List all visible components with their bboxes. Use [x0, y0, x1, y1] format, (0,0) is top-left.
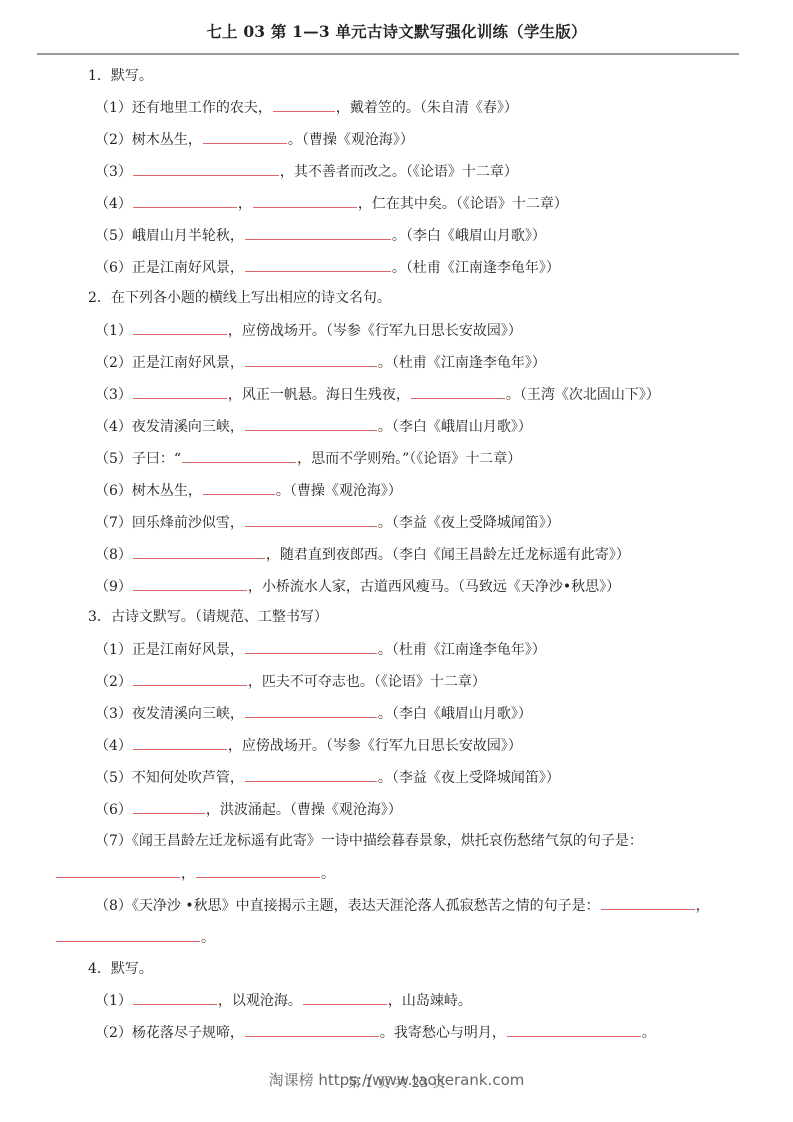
header-divider — [37, 53, 739, 55]
answer-blank[interactable] — [133, 576, 247, 591]
worksheet-line: （9），小桥流水人家，古道西风瘦马。（马致远《天净沙•秋思》） — [95, 576, 620, 597]
worksheet-line: （6）树木丛生，。（曹操《观沧海》） — [95, 480, 402, 501]
answer-blank[interactable] — [245, 352, 377, 367]
worksheet-line: 。 — [55, 927, 215, 948]
line-text: （8）《天净沙 •秋思》中直接揭示主题，表达天涯沦落人孤寂愁苦之情的句子是： — [95, 898, 600, 914]
worksheet-line: ，。 — [55, 863, 335, 884]
answer-blank[interactable] — [411, 384, 505, 399]
line-text: 。（李白《峨眉山月歌》） — [392, 228, 546, 244]
line-text: 。 — [642, 1025, 656, 1041]
line-text: ，小桥流水人家，古道西风瘦马。（马致远《天净沙•秋思》） — [248, 579, 620, 595]
line-text: 。（李益《夜上受降城闻笛》） — [378, 770, 560, 786]
line-text: （4）夜发清溪向三峡， — [95, 419, 244, 435]
line-text: （5）不知何处吹芦管， — [95, 770, 244, 786]
worksheet-line: （4），，仁在其中矣。（《论语》十二章） — [95, 193, 568, 214]
answer-blank[interactable] — [245, 257, 391, 272]
worksheet-line: （7）《闻王昌龄左迁龙标遥有此寄》一诗中描绘暮春景象，烘托哀伤愁绪气氛的句子是： — [95, 831, 643, 851]
line-text: 1．默写。 — [88, 68, 153, 84]
worksheet-line: （1），以观沧海。，山岛竦峙。 — [95, 990, 472, 1011]
line-text: （1） — [95, 323, 132, 339]
line-text: 。（杜甫《江南逢李龟年》） — [392, 260, 560, 276]
line-text: （6）正是江南好风景， — [95, 260, 244, 276]
worksheet-line: （2）杨花落尽子规啼，。我寄愁心与明月，。 — [95, 1022, 656, 1043]
answer-blank[interactable] — [245, 767, 377, 782]
line-text: 。（曹操《观沧海》） — [288, 132, 414, 148]
answer-blank[interactable] — [182, 448, 296, 463]
line-text: （5）子曰：“ — [95, 451, 181, 467]
line-text: 。（李白《峨眉山月歌》） — [378, 706, 532, 722]
watermark-link[interactable]: 淘课榜 https://www.taokerank.com — [0, 1069, 793, 1090]
answer-blank[interactable] — [133, 320, 227, 335]
line-text: （2）杨花落尽子规啼， — [95, 1025, 244, 1041]
line-text: （6） — [95, 802, 132, 818]
line-text: ， — [696, 898, 710, 914]
worksheet-line: 4．默写。 — [88, 959, 153, 979]
line-text: ， — [238, 196, 252, 212]
worksheet-line: （4）夜发清溪向三峡，。（李白《峨眉山月歌》） — [95, 416, 532, 437]
answer-blank[interactable] — [245, 703, 377, 718]
line-text: （7）《闻王昌龄左迁龙标遥有此寄》一诗中描绘暮春景象，烘托哀伤愁绪气氛的句子是： — [95, 833, 643, 849]
worksheet-line: （7）回乐烽前沙似雪，。（李益《夜上受降城闻笛》） — [95, 512, 560, 533]
answer-blank[interactable] — [133, 193, 237, 208]
answer-blank[interactable] — [56, 927, 200, 942]
answer-blank[interactable] — [245, 416, 377, 431]
answer-blank[interactable] — [245, 1022, 379, 1037]
worksheet-line: （1），应傍战场开。（岑参《行军九日思长安故园》） — [95, 320, 522, 341]
worksheet-line: （5）不知何处吹芦管，。（李益《夜上受降城闻笛》） — [95, 767, 560, 788]
line-text: 。 — [321, 866, 335, 882]
answer-blank[interactable] — [133, 544, 265, 559]
worksheet-line: （3），风正一帆悬。海日生残夜，。（王湾《次北固山下》） — [95, 384, 660, 405]
line-text: ，以观沧海。 — [218, 993, 302, 1009]
line-text: ，应傍战场开。（岑参《行军九日思长安故园》） — [228, 323, 522, 339]
line-text: （1）还有地里工作的农夫， — [95, 100, 272, 116]
worksheet-line: （3）夜发清溪向三峡，。（李白《峨眉山月歌》） — [95, 703, 532, 724]
answer-blank[interactable] — [273, 97, 335, 112]
worksheet-line: （4），应傍战场开。（岑参《行军九日思长安故园》） — [95, 735, 522, 756]
line-text: ，思而不学则殆。”（《论语》十二章） — [297, 451, 521, 467]
line-text: 3．古诗文默写。（请规范、工整书写） — [88, 609, 328, 625]
worksheet-line: （2）树木丛生，。（曹操《观沧海》） — [95, 129, 414, 150]
line-text: ， — [181, 866, 195, 882]
answer-blank[interactable] — [196, 863, 320, 878]
line-text: 。（杜甫《江南逢李龟年》） — [378, 355, 546, 371]
line-text: 2．在下列各小题的横线上写出相应的诗文名句。 — [88, 290, 391, 306]
line-text: 。（王湾《次北固山下》） — [506, 387, 660, 403]
answer-blank[interactable] — [56, 863, 180, 878]
answer-blank[interactable] — [133, 161, 279, 176]
worksheet-line: （8）《天净沙 •秋思》中直接揭示主题，表达天涯沦落人孤寂愁苦之情的句子是：， — [95, 895, 710, 916]
line-text: ，山岛竦峙。 — [388, 993, 472, 1009]
answer-blank[interactable] — [133, 671, 247, 686]
answer-blank[interactable] — [245, 639, 377, 654]
line-text: （8） — [95, 547, 132, 563]
line-text: （7）回乐烽前沙似雪， — [95, 515, 244, 531]
answer-blank[interactable] — [303, 990, 387, 1005]
line-text: ，其不善者而改之。（《论语》十二章） — [280, 164, 518, 180]
line-text: （9） — [95, 579, 132, 595]
worksheet-line: （5）子曰：“，思而不学则殆。”（《论语》十二章） — [95, 448, 521, 469]
line-text: （1）正是江南好风景， — [95, 642, 244, 658]
line-text: 。 — [201, 930, 215, 946]
worksheet-line: 3．古诗文默写。（请规范、工整书写） — [88, 607, 328, 627]
answer-blank[interactable] — [133, 384, 227, 399]
worksheet-line: 2．在下列各小题的横线上写出相应的诗文名句。 — [88, 288, 391, 308]
line-text: 。（李益《夜上受降城闻笛》） — [378, 515, 560, 531]
worksheet-line: 1．默写。 — [88, 66, 153, 86]
worksheet-line: （1）正是江南好风景，。（杜甫《江南逢李龟年》） — [95, 639, 546, 660]
line-text: 。（李白《峨眉山月歌》） — [378, 419, 532, 435]
line-text: （4） — [95, 196, 132, 212]
line-text: （2）树木丛生， — [95, 132, 202, 148]
answer-blank[interactable] — [133, 735, 227, 750]
line-text: ，戴着笠的。（朱自清《春》） — [336, 100, 518, 116]
page-title: 七上 03 第 1—3 单元古诗文默写强化训练（学生版） — [0, 20, 793, 42]
line-text: ，应傍战场开。（岑参《行军九日思长安故园》） — [228, 738, 522, 754]
answer-blank[interactable] — [601, 895, 695, 910]
line-text: （4） — [95, 738, 132, 754]
line-text: （3） — [95, 387, 132, 403]
worksheet-line: （2）正是江南好风景，。（杜甫《江南逢李龟年》） — [95, 352, 546, 373]
answer-blank[interactable] — [245, 225, 391, 240]
answer-blank[interactable] — [133, 799, 205, 814]
worksheet-line: （6）正是江南好风景，。（杜甫《江南逢李龟年》） — [95, 257, 560, 278]
line-text: ，洪波涌起。（曹操《观沧海》） — [206, 802, 402, 818]
worksheet-line: （8），随君直到夜郎西。（李白《闻王昌龄左迁龙标遥有此寄》） — [95, 544, 630, 565]
answer-blank[interactable] — [203, 480, 275, 495]
worksheet-line: （2），匹夫不可夺志也。（《论语》十二章） — [95, 671, 486, 692]
line-text: （3） — [95, 164, 132, 180]
line-text: （1） — [95, 993, 132, 1009]
line-text: ，随君直到夜郎西。（李白《闻王昌龄左迁龙标遥有此寄》） — [266, 547, 630, 563]
answer-blank[interactable] — [203, 129, 287, 144]
answer-blank[interactable] — [133, 990, 217, 1005]
worksheet-line: （5）峨眉山月半轮秋，。（李白《峨眉山月歌》） — [95, 225, 546, 246]
line-text: （2） — [95, 674, 132, 690]
worksheet-line: （6），洪波涌起。（曹操《观沧海》） — [95, 799, 402, 820]
worksheet-line: （3），其不善者而改之。（《论语》十二章） — [95, 161, 518, 182]
worksheet-line: （1）还有地里工作的农夫，，戴着笠的。（朱自清《春》） — [95, 97, 518, 118]
line-text: ，风正一帆悬。海日生残夜， — [228, 387, 410, 403]
line-text: （3）夜发清溪向三峡， — [95, 706, 244, 722]
line-text: （6）树木丛生， — [95, 483, 202, 499]
line-text: 4．默写。 — [88, 961, 153, 977]
answer-blank[interactable] — [507, 1022, 641, 1037]
answer-blank[interactable] — [253, 193, 357, 208]
line-text: 。（曹操《观沧海》） — [276, 483, 402, 499]
line-text: （2）正是江南好风景， — [95, 355, 244, 371]
line-text: ，仁在其中矣。（《论语》十二章） — [358, 196, 568, 212]
line-text: ，匹夫不可夺志也。（《论语》十二章） — [248, 674, 486, 690]
answer-blank[interactable] — [245, 512, 377, 527]
line-text: 。我寄愁心与明月， — [380, 1025, 506, 1041]
line-text: 。（杜甫《江南逢李龟年》） — [378, 642, 546, 658]
line-text: （5）峨眉山月半轮秋， — [95, 228, 244, 244]
